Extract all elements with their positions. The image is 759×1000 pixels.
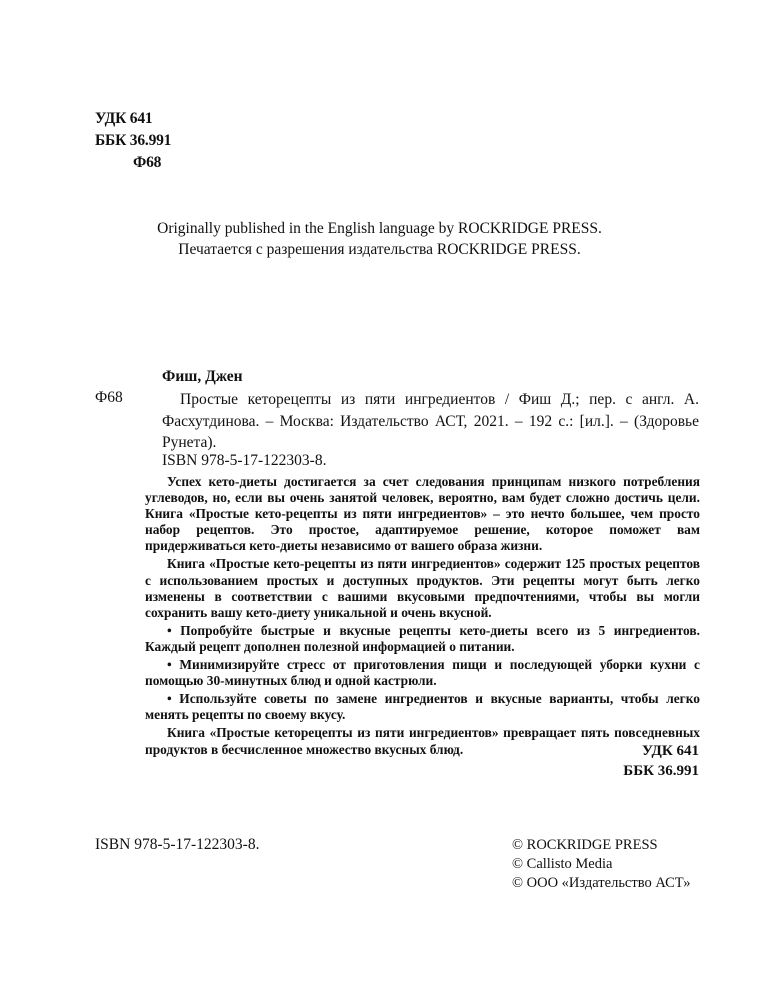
udk-code: УДК 641 [95, 108, 171, 130]
footer-isbn: ISBN 978-5-17-122303-8. [95, 836, 259, 854]
bbk-code: ББК 36.991 [95, 130, 171, 152]
bibliographic-description-text: Простые кеторецепты из пяти ингредиентов… [162, 389, 699, 454]
annotation-bullet: • Минимизируйте стресс от приготовления … [145, 657, 700, 689]
annotation-bbk-code: ББК 36.991 [623, 761, 699, 781]
annotation-bullet: • Попробуйте быстрые и вкусные рецепты к… [145, 623, 700, 655]
annotation-paragraph: Успех кето-диеты достигается за счет сле… [145, 474, 700, 554]
annotation-bullet: • Используйте советы по замене ингредиен… [145, 691, 700, 723]
annotation-paragraph: Книга «Простые кето-рецепты из пяти ингр… [145, 556, 700, 620]
copyright-line: © ООО «Издательство АСТ» [512, 874, 690, 893]
bibliographic-description: Простые кеторецепты из пяти ингредиентов… [162, 389, 699, 454]
bibliographic-author-mark: Ф68 [95, 389, 123, 407]
author-name: Фиш, Джен [162, 368, 243, 386]
classification-codes: УДК 641 ББК 36.991 Ф68 [95, 108, 171, 174]
annotation-udk-code: УДК 641 [623, 741, 699, 761]
annotation-paragraph: Книга «Простые кеторецепты из пяти ингре… [145, 725, 700, 757]
annotation-classification-codes: УДК 641 ББК 36.991 [623, 741, 699, 781]
author-mark: Ф68 [95, 152, 171, 174]
copyright-line: © ROCKRIDGE PRESS [512, 836, 690, 855]
annotation: Успех кето-диеты достигается за счет сле… [145, 474, 700, 760]
copyright-block: © ROCKRIDGE PRESS © Callisto Media © ООО… [512, 836, 690, 893]
publication-notice-russian: Печатается с разрешения издательства ROC… [0, 239, 759, 260]
publication-notice: Originally published in the English lang… [0, 218, 759, 260]
bibliographic-isbn: ISBN 978-5-17-122303-8. [162, 452, 326, 470]
copyright-line: © Callisto Media [512, 855, 690, 874]
publication-notice-english: Originally published in the English lang… [0, 218, 759, 239]
